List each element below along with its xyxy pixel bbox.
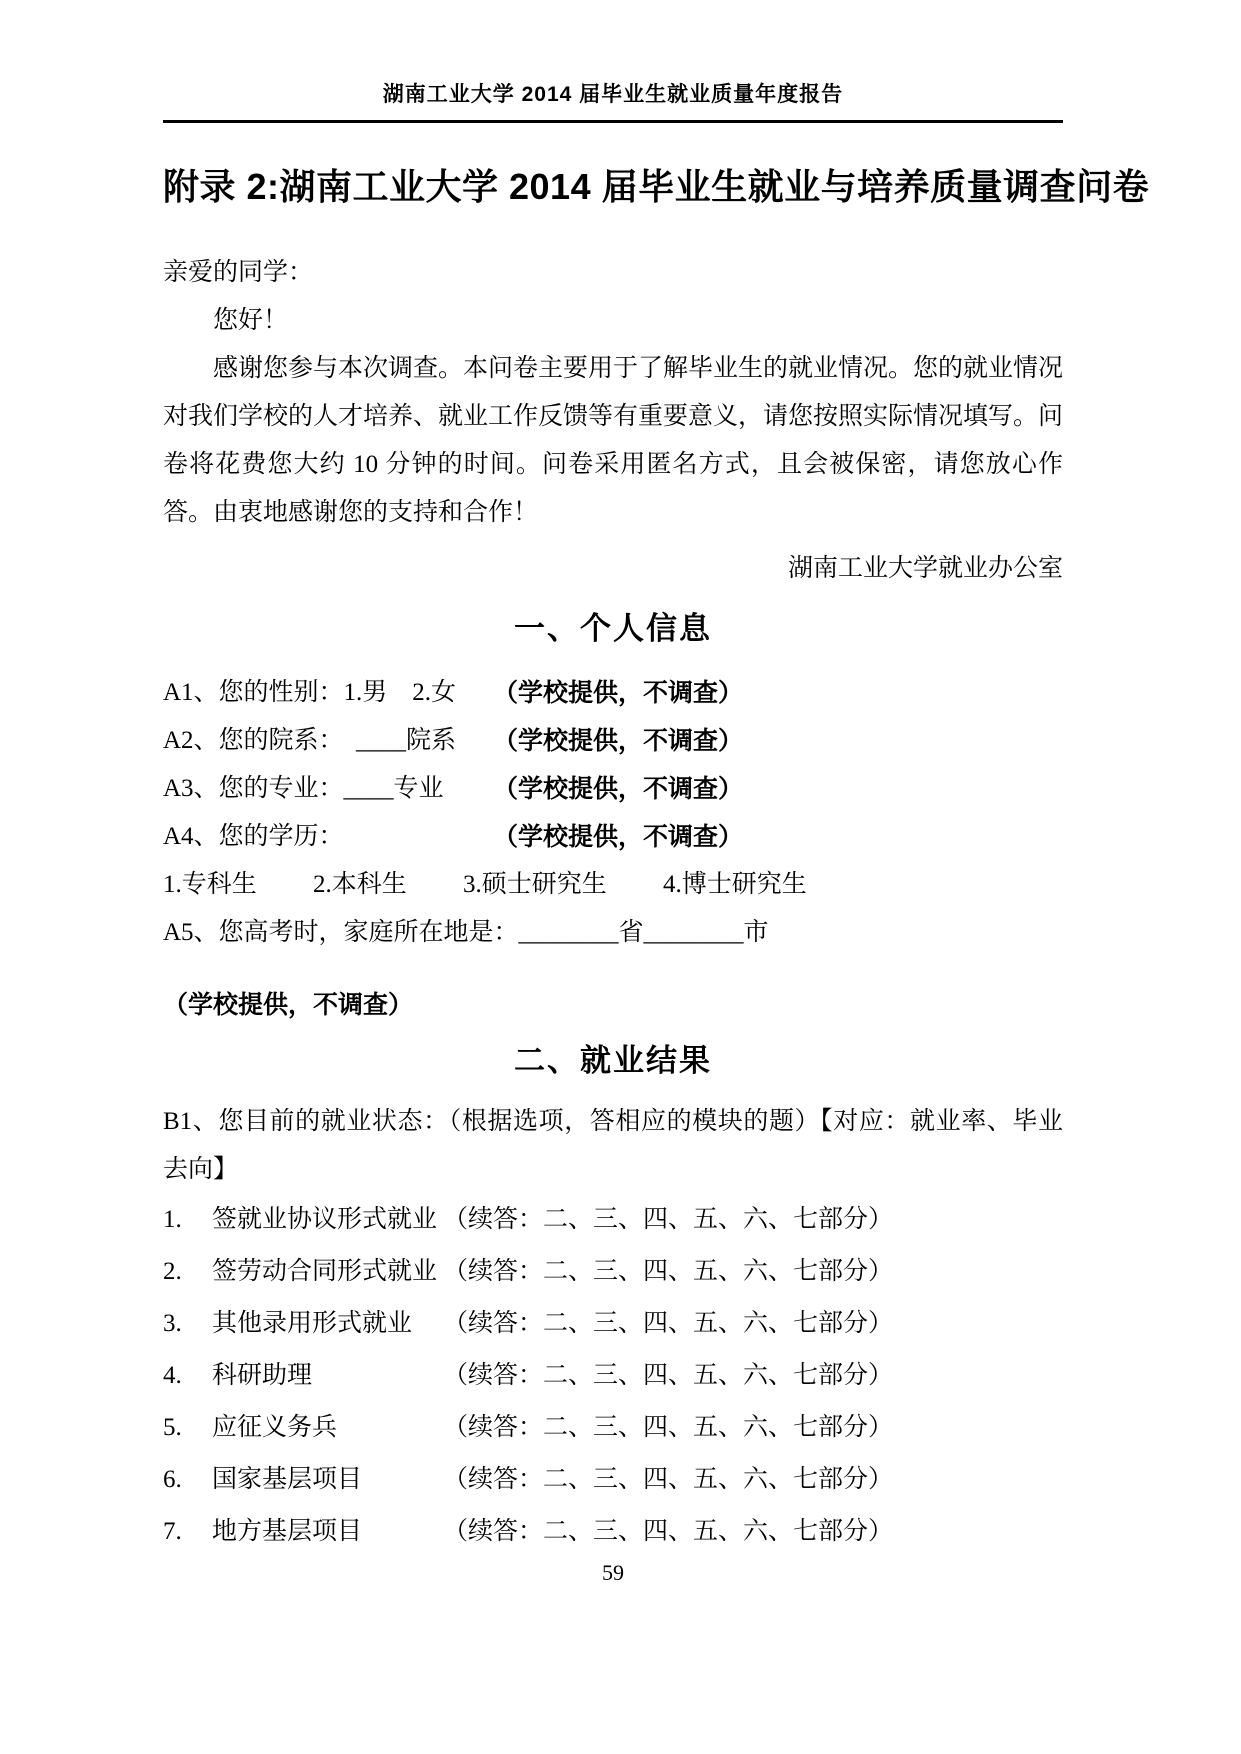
option-number: 3. — [163, 1300, 212, 1348]
question-note-a1: （学校提供，不调查） — [493, 669, 743, 717]
running-header: 湖南工业大学 2014 届毕业生就业质量年度报告 — [163, 82, 1063, 108]
greeting: 您好！ — [163, 297, 1063, 345]
degree-options: 1.专科生 2.本科生 3.硕士研究生 4.博士研究生 — [163, 871, 807, 898]
option-note: （续答：二、三、四、五、六、七部分） — [443, 1456, 1063, 1504]
document-page: 湖南工业大学 2014 届毕业生就业质量年度报告 附录 2:湖南工业大学 201… — [0, 0, 1241, 1754]
page-number: 59 — [163, 1561, 1063, 1585]
option-row-2: 2. 签劳动合同形式就业 （续答：二、三、四、五、六、七部分） — [163, 1248, 1063, 1296]
option-note: （续答：二、三、四、五、六、七部分） — [443, 1196, 1063, 1244]
employment-status-option-list: 1. 签就业协议形式就业 （续答：二、三、四、五、六、七部分） 2. 签劳动合同… — [163, 1196, 1063, 1556]
option-number: 6. — [163, 1456, 212, 1504]
section-heading-employment-result: 二、就业结果 — [163, 1031, 1063, 1091]
question-row-a3: A3、您的专业：____专业 （学校提供，不调查） — [163, 765, 1063, 813]
question-row-a4-options: 1.专科生 2.本科生 3.硕士研究生 4.博士研究生 — [163, 861, 1063, 909]
option-number: 2. — [163, 1248, 212, 1296]
appendix-title: 附录 2:湖南工业大学 2014 届毕业生就业与培养质量调查问卷 — [163, 163, 1063, 211]
question-row-a2: A2、您的院系： ____院系 （学校提供，不调查） — [163, 717, 1063, 765]
option-row-4: 4. 科研助理 （续答：二、三、四、五、六、七部分） — [163, 1352, 1063, 1400]
school-provided-footnote: （学校提供，不调查） — [163, 981, 1063, 1029]
question-row-a5: A5、您高考时，家庭所在地是：________省________市 — [163, 909, 1063, 957]
intro-paragraph: 感谢您参与本次调查。本问卷主要用于了解毕业生的就业情况。您的就业情况对我们学校的… — [163, 345, 1063, 537]
option-row-5: 5. 应征义务兵 （续答：二、三、四、五、六、七部分） — [163, 1404, 1063, 1452]
option-label: 签就业协议形式就业 — [212, 1196, 443, 1244]
header-rule — [163, 120, 1063, 123]
option-label: 科研助理 — [212, 1352, 443, 1400]
option-label: 地方基层项目 — [212, 1508, 443, 1556]
option-number: 4. — [163, 1352, 212, 1400]
option-number: 1. — [163, 1196, 212, 1244]
personal-info-question-list: A1、您的性别：1.男 2.女 （学校提供，不调查） A2、您的院系： ____… — [163, 669, 1063, 957]
question-text-a4: A4、您的学历： — [163, 823, 344, 850]
question-row-a4: A4、您的学历： （学校提供，不调查） — [163, 813, 1063, 861]
option-row-6: 6. 国家基层项目 （续答：二、三、四、五、六、七部分） — [163, 1456, 1063, 1504]
signature: 湖南工业大学就业办公室 — [163, 545, 1063, 593]
option-number: 5. — [163, 1404, 212, 1452]
option-row-1: 1. 签就业协议形式就业 （续答：二、三、四、五、六、七部分） — [163, 1196, 1063, 1244]
question-text-a3: A3、您的专业：____专业 — [163, 775, 444, 802]
section-heading-personal-info: 一、个人信息 — [163, 599, 1063, 659]
salutation: 亲爱的同学： — [163, 249, 1063, 297]
option-note: （续答：二、三、四、五、六、七部分） — [443, 1508, 1063, 1556]
question-b1: B1、您目前的就业状态：（根据选项，答相应的模块的题）【对应：就业率、毕业去向】 — [163, 1098, 1063, 1194]
option-row-7: 7. 地方基层项目 （续答：二、三、四、五、六、七部分） — [163, 1508, 1063, 1556]
option-note: （续答：二、三、四、五、六、七部分） — [443, 1352, 1063, 1400]
option-note: （续答：二、三、四、五、六、七部分） — [443, 1300, 1063, 1348]
question-row-a1: A1、您的性别：1.男 2.女 （学校提供，不调查） — [163, 669, 1063, 717]
question-note-a2: （学校提供，不调查） — [493, 717, 743, 765]
question-note-a3: （学校提供，不调查） — [493, 765, 743, 813]
option-label: 国家基层项目 — [212, 1456, 443, 1504]
question-note-a4: （学校提供，不调查） — [493, 813, 743, 861]
option-label: 签劳动合同形式就业 — [212, 1248, 443, 1296]
question-text-a5: A5、您高考时，家庭所在地是：________省________市 — [163, 919, 769, 946]
option-note: （续答：二、三、四、五、六、七部分） — [443, 1404, 1063, 1452]
option-label: 其他录用形式就业 — [212, 1300, 443, 1348]
question-text-a2: A2、您的院系： ____院系 — [163, 727, 456, 754]
option-row-3: 3. 其他录用形式就业 （续答：二、三、四、五、六、七部分） — [163, 1300, 1063, 1348]
option-note: （续答：二、三、四、五、六、七部分） — [443, 1248, 1063, 1296]
question-text-a1: A1、您的性别：1.男 2.女 — [163, 679, 456, 706]
option-number: 7. — [163, 1508, 212, 1556]
option-label: 应征义务兵 — [212, 1404, 443, 1452]
